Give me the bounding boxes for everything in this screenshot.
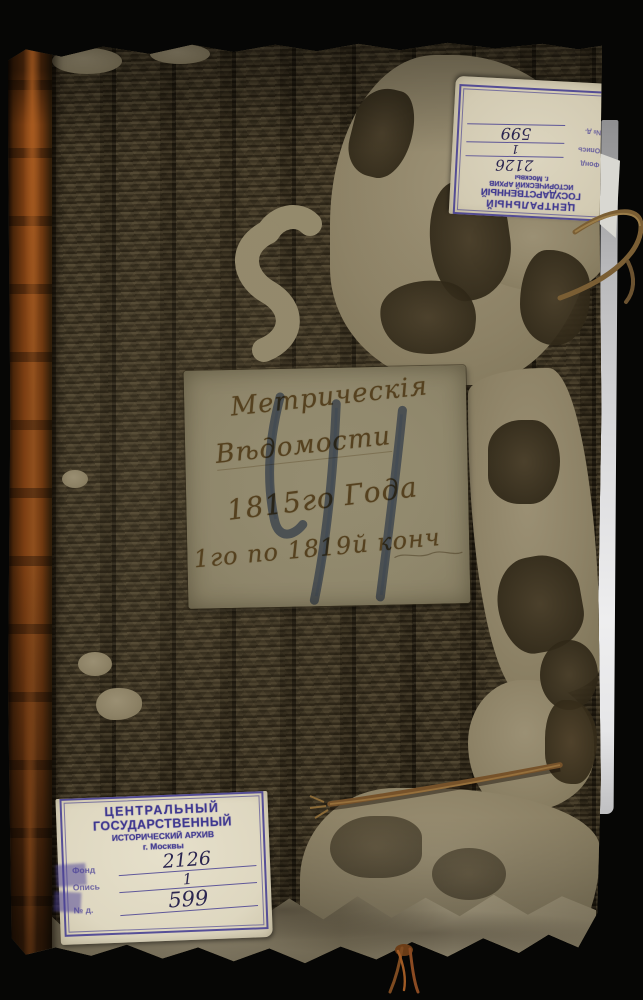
archive-stamp-label-top: ЦЕНТРАЛЬНЫЙ ГОСУДАРСТВЕННЫЙ ИСТОРИЧЕСКИЙ… <box>448 80 617 226</box>
faint-signature <box>392 547 464 565</box>
strand <box>410 949 418 992</box>
torn-flap <box>545 700 597 784</box>
opis-label: Опись <box>568 145 600 154</box>
opis-number: 1 <box>466 141 564 156</box>
paper-fragment <box>330 816 422 878</box>
paper-fragment <box>520 250 590 345</box>
worn-patch <box>78 652 112 676</box>
stamp-inner-frame: ЦЕНТРАЛЬНЫЙ ГОСУДАРСТВЕННЫЙ ИСТОРИЧЕСКИЙ… <box>457 88 609 217</box>
stamp-outer-frame: ЦЕНТРАЛЬНЫЙ ГОСУДАРСТВЕННЫЙ ИСТОРИЧЕСКИЙ… <box>453 84 614 222</box>
photo-backdrop: Метрическія Вѣдомости 1815го Года 1го по… <box>0 0 643 1000</box>
handwritten-title-label: Метрическія Вѣдомости 1815го Года 1го по… <box>184 365 471 609</box>
worn-squiggle-mark <box>198 192 338 382</box>
label-paper: ЦЕНТРАЛЬНЫЙ ГОСУДАРСТВЕННЫЙ ИСТОРИЧЕСКИЙ… <box>449 76 618 222</box>
stamp-smudge <box>55 863 86 887</box>
fond-label: Фонд <box>567 159 599 168</box>
book-cover: Метрическія Вѣдомости 1815го Года 1го по… <box>8 42 602 964</box>
stroke <box>394 551 462 557</box>
paper-fragment <box>432 848 506 900</box>
paper-fragment <box>488 420 560 504</box>
partial-stamp-smudge <box>52 858 94 922</box>
stroke <box>247 232 288 350</box>
worn-patch <box>62 470 88 488</box>
cord-tail <box>626 262 633 302</box>
strand <box>398 951 405 990</box>
leather-spine <box>8 42 52 964</box>
delo-label: № д. <box>569 127 601 136</box>
stamp-smudge <box>53 891 81 912</box>
fond-number: 2126 <box>465 155 563 173</box>
delo-number: 599 <box>467 123 565 142</box>
strand <box>390 948 402 992</box>
worn-patch <box>150 44 210 64</box>
worn-patch <box>52 48 122 74</box>
blue-crayon-number <box>184 365 471 609</box>
